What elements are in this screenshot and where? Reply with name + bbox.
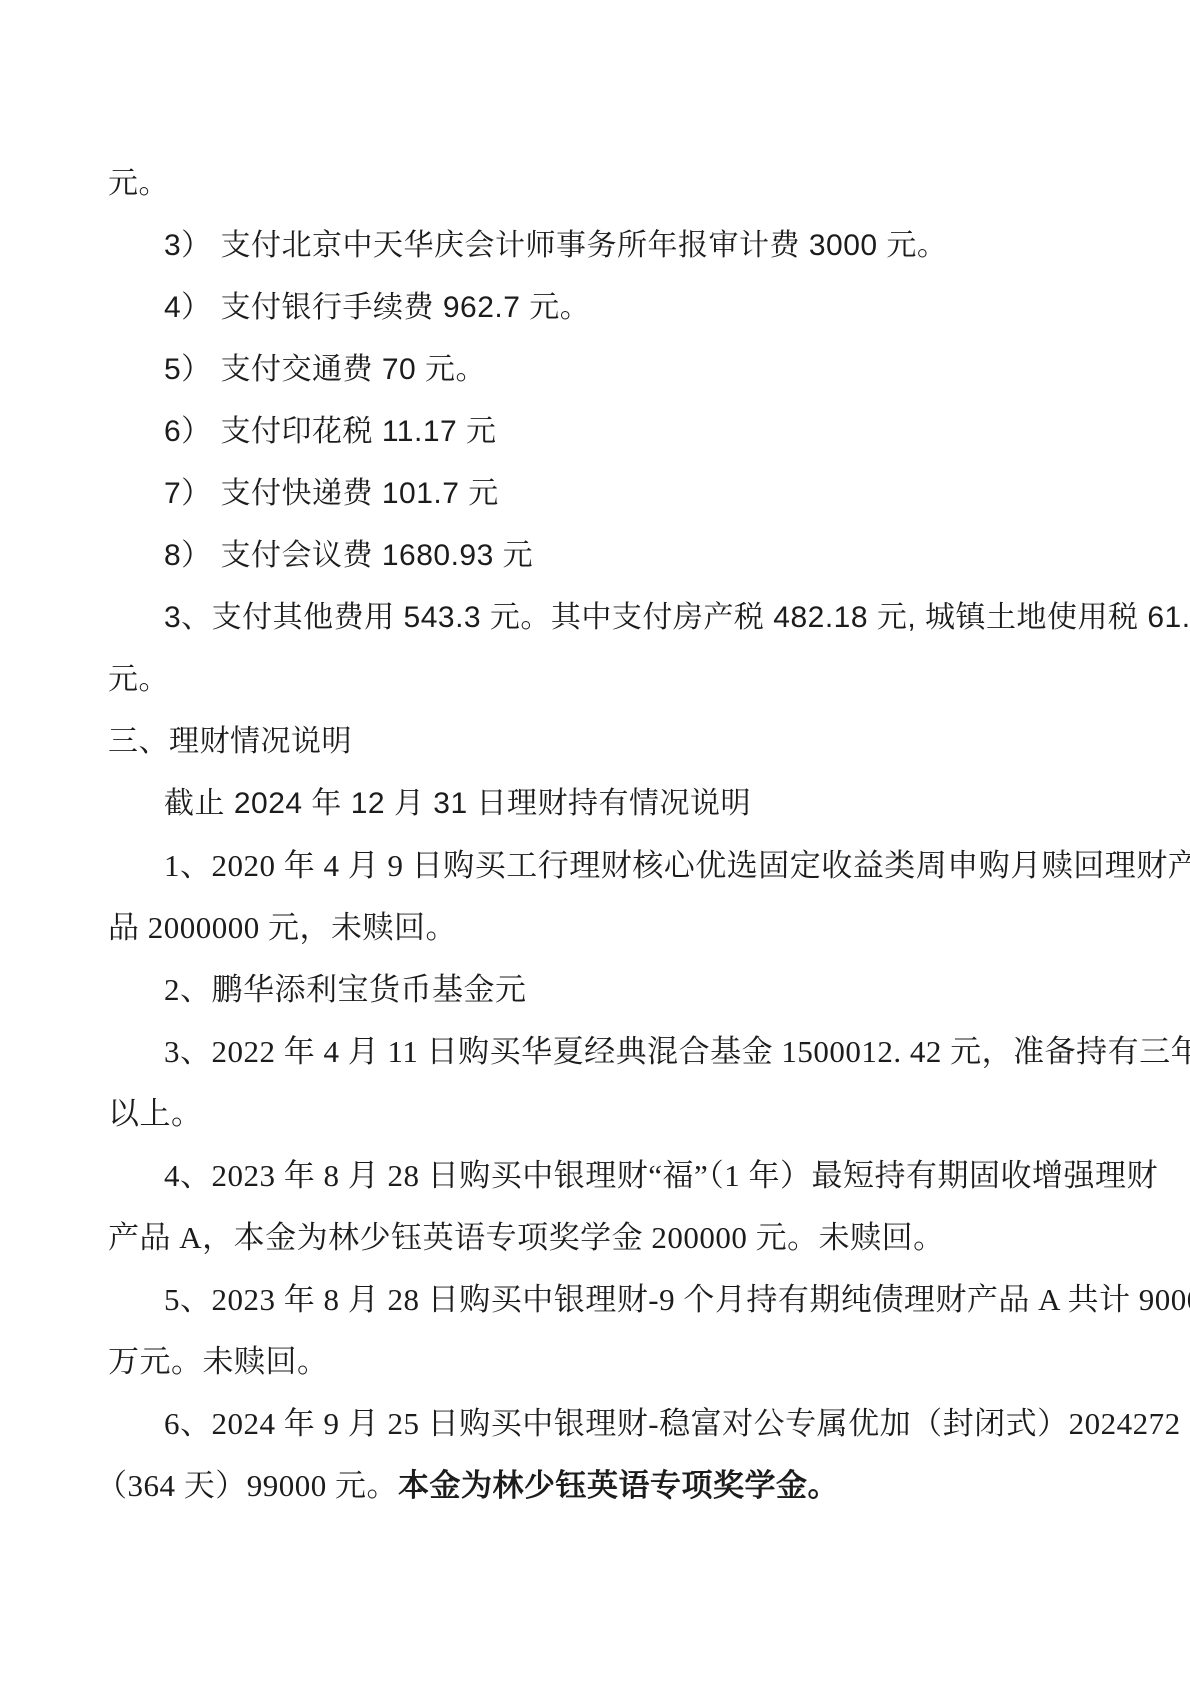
text-run: 3、2022 年 4 月 11 日购买华夏经典混合基金 1500012. 42 … — [164, 1034, 1190, 1069]
text-line: 2、鹏华添利宝货币基金元 — [108, 959, 1098, 1021]
text-run: 2、鹏华添利宝货币基金元 — [164, 972, 527, 1007]
text-run: 1、2020 年 4 月 9 日购买工行理财核心优选固定收益类周申购月赎回理财产 — [164, 848, 1190, 883]
text-line: 6） 支付印花税 11.17 元 — [108, 401, 1098, 463]
text-run: 5） 支付交通费 70 元。 — [164, 353, 486, 386]
text-run: 6） 支付印花税 11.17 元 — [164, 415, 497, 448]
text-run: 产品 A，本金为林少钰英语专项奖学金 200000 元。未赎回。 — [108, 1220, 945, 1255]
bold-text-run: 本金为林少钰英语专项奖学金。 — [398, 1468, 839, 1503]
text-run: 三、理财情况说明 — [108, 725, 352, 758]
text-line: 产品 A，本金为林少钰英语专项奖学金 200000 元。未赎回。 — [108, 1207, 1098, 1269]
text-run: 万元。未赎回。 — [108, 1344, 329, 1379]
text-line: 5、2023 年 8 月 28 日购买中银理财-9 个月持有期纯债理财产品 A … — [108, 1269, 1098, 1331]
text-run: 3、支付其他费用 543.3 元。其中支付房产税 482.18 元, 城镇土地使… — [164, 601, 1190, 634]
text-run: 4、2023 年 8 月 28 日购买中银理财“福”（1 年）最短持有期固收增强… — [164, 1158, 1158, 1193]
text-run: 以上。 — [108, 1096, 203, 1131]
text-line: 8） 支付会议费 1680.93 元 — [108, 525, 1098, 587]
text-line: 品 2000000 元，未赎回。 — [108, 897, 1098, 959]
text-line: 3） 支付北京中天华庆会计师事务所年报审计费 3000 元。 — [108, 215, 1098, 277]
text-line: 万元。未赎回。 — [108, 1331, 1098, 1393]
text-line: 4） 支付银行手续费 962.7 元。 — [108, 277, 1098, 339]
text-run: （364 天）99000 元。 — [96, 1468, 398, 1503]
text-run: 5、2023 年 8 月 28 日购买中银理财-9 个月持有期纯债理财产品 A … — [164, 1282, 1190, 1317]
text-line: 6、2024 年 9 月 25 日购买中银理财-稳富对公专属优加（封闭式）202… — [108, 1393, 1098, 1455]
text-line: 元。 — [108, 649, 1098, 711]
text-line: 三、理财情况说明 — [108, 711, 1098, 773]
text-run: 品 2000000 元，未赎回。 — [108, 910, 457, 945]
document-body: 元。3） 支付北京中天华庆会计师事务所年报审计费 3000 元。4） 支付银行手… — [108, 153, 1098, 1517]
text-line: 3、支付其他费用 543.3 元。其中支付房产税 482.18 元, 城镇土地使… — [108, 587, 1098, 649]
text-line: 以上。 — [108, 1083, 1098, 1145]
text-line: 4、2023 年 8 月 28 日购买中银理财“福”（1 年）最短持有期固收增强… — [108, 1145, 1098, 1207]
document-page: 元。3） 支付北京中天华庆会计师事务所年报审计费 3000 元。4） 支付银行手… — [0, 0, 1190, 1683]
text-line: 1、2020 年 4 月 9 日购买工行理财核心优选固定收益类周申购月赎回理财产 — [108, 835, 1098, 897]
text-line: 截止 2024 年 12 月 31 日理财持有情况说明 — [108, 773, 1098, 835]
text-line: 7） 支付快递费 101.7 元 — [108, 463, 1098, 525]
text-run: 4） 支付银行手续费 962.7 元。 — [164, 291, 590, 324]
text-line: 5） 支付交通费 70 元。 — [108, 339, 1098, 401]
text-run: 元。 — [108, 663, 169, 696]
text-run: 3） 支付北京中天华庆会计师事务所年报审计费 3000 元。 — [164, 229, 947, 262]
text-run: 元。 — [108, 167, 169, 200]
text-line: 元。 — [108, 153, 1098, 215]
text-run: 8） 支付会议费 1680.93 元 — [164, 539, 533, 572]
text-run: 6、2024 年 9 月 25 日购买中银理财-稳富对公专属优加（封闭式）202… — [164, 1406, 1181, 1441]
text-run: 7） 支付快递费 101.7 元 — [164, 477, 499, 510]
text-run: 截止 2024 年 12 月 31 日理财持有情况说明 — [164, 787, 751, 820]
text-line: 3、2022 年 4 月 11 日购买华夏经典混合基金 1500012. 42 … — [108, 1021, 1098, 1083]
text-line: （364 天）99000 元。本金为林少钰英语专项奖学金。 — [96, 1455, 1098, 1517]
